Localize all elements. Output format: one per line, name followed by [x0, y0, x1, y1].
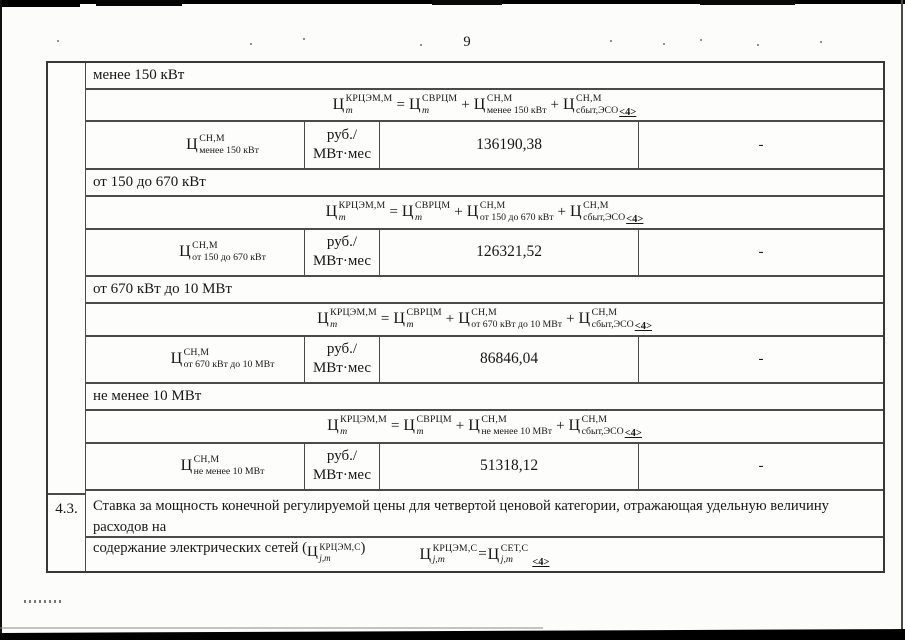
formula-row: ЦКРЦЭМ,Мm = ЦСВРЦМm + ЦСН,Мот 150 до 670… — [86, 197, 883, 230]
price-term: ЦСЕТ,Сj,m<4> — [488, 544, 550, 566]
section-description: Ставка за мощность конечной регулируемой… — [86, 491, 883, 538]
category-row: от 670 кВт до 10 МВт — [86, 277, 883, 304]
category-row: не менее 10 МВт — [86, 384, 883, 411]
equals-sign: = — [381, 311, 389, 328]
value-cell: 86846,04 — [379, 337, 638, 383]
note-cell: - — [638, 230, 883, 276]
tariff-table: 4.3. менее 150 кВт ЦКРЦЭМ,Мm = ЦСВРЦМm +… — [46, 61, 885, 573]
price-term: ЦСВРЦМm — [393, 308, 441, 330]
category-label: от 670 кВт до 10 МВт — [93, 281, 232, 298]
price-term-lhs: ЦКРЦЭМ,Мm — [317, 308, 377, 330]
unit-line: руб./ — [327, 340, 357, 359]
scan-speckle-strip — [24, 600, 62, 603]
formula-row: ЦКРЦЭМ,Мm = ЦСВРЦМm + ЦСН,Мот 670 кВт до… — [86, 304, 883, 337]
equals-sign: = — [389, 204, 397, 221]
scan-edge-bottom — [0, 629, 905, 640]
price-term: ЦСН,Мот 670 кВт до 10 МВт — [458, 308, 562, 330]
scan-speckle — [420, 44, 422, 46]
category-label: не менее 10 МВт — [93, 388, 201, 405]
footnote-ref: <4> — [625, 428, 642, 439]
document-page: 9 4.3. менее 150 кВт ЦКРЦЭМ,Мm = ЦСВРЦМm… — [0, 0, 905, 640]
plus-sign: + — [456, 418, 464, 435]
scan-edge-left — [0, 0, 2, 640]
category-label: менее 150 кВт — [93, 67, 184, 84]
note-cell: - — [638, 122, 883, 168]
note-cell: - — [638, 444, 883, 490]
scan-speckle — [250, 43, 252, 45]
scan-edge-top-segment — [96, 0, 182, 6]
category-row: менее 150 кВт — [86, 63, 883, 90]
unit-cell: руб./ МВт·мес — [304, 230, 379, 276]
price-term: ЦСН,Мсбыт,ЭСО<4> — [563, 94, 636, 116]
plus-sign: + — [551, 97, 559, 114]
unit-line: руб./ — [327, 447, 357, 466]
indicator-cell: ЦСН,Мот 670 кВт до 10 МВт — [86, 337, 304, 383]
footnote-ref: <4> — [626, 214, 643, 225]
value-cell: 126321,52 — [379, 230, 638, 276]
scan-edge-right — [901, 0, 903, 640]
price-term: ЦСН,Мот 670 кВт до 10 МВт — [171, 348, 275, 370]
unit-line: руб./ — [327, 233, 357, 252]
scan-edge-top-segment — [0, 0, 80, 7]
indicator-cell: ЦСН,Мот 150 до 670 кВт — [86, 230, 304, 276]
scan-speckle — [820, 41, 822, 43]
price-term: ЦСН,Мсбыт,ЭСО<4> — [569, 415, 642, 437]
unit-line: МВт·мес — [313, 145, 371, 164]
price-term: ЦСВРЦМm — [403, 415, 451, 437]
unit-line: МВт·мес — [313, 252, 371, 271]
equals-sign: = — [478, 546, 486, 563]
value-row: ЦСН,Мот 150 до 670 кВт руб./ МВт·мес 126… — [86, 230, 883, 278]
plus-sign: + — [566, 311, 574, 328]
scan-speckle — [700, 39, 702, 41]
price-term: ЦСН,Мменее 150 кВт — [186, 134, 259, 156]
description-line: Ставка за мощность конечной регулируемой… — [93, 496, 873, 538]
price-term: ЦСВРЦМm — [409, 94, 457, 116]
price-term-lhs: ЦКРЦЭМ,Мm — [333, 94, 393, 116]
unit-line: МВт·мес — [313, 466, 371, 485]
formula-row: ЦКРЦЭМ,Мm = ЦСВРЦМm + ЦСН,Мменее 150 кВт… — [86, 90, 883, 123]
formula-row: ЦКРЦЭМ,Мm = ЦСВРЦМm + ЦСН,Мне менее 10 М… — [86, 411, 883, 444]
footnote-ref: <4> — [532, 557, 549, 568]
section-number: 4.3. — [48, 495, 85, 571]
scan-speckle — [303, 38, 305, 40]
section-number-column: 4.3. — [48, 63, 86, 571]
unit-line: руб./ — [327, 126, 357, 145]
plus-sign: + — [454, 204, 462, 221]
formula-row: ЦКРЦЭМ,Сj,m = ЦСЕТ,Сj,m<4> — [86, 538, 883, 571]
price-term: ЦСН,Мсбыт,ЭСО<4> — [579, 308, 652, 330]
price-term: ЦСН,Мне менее 10 МВт — [468, 415, 552, 437]
section-number-empty-cell — [48, 63, 85, 495]
value-row: ЦСН,Мне менее 10 МВт руб./ МВт·мес 51318… — [86, 444, 883, 492]
plus-sign: + — [446, 311, 454, 328]
unit-cell: руб./ МВт·мес — [304, 122, 379, 168]
category-label: от 150 до 670 кВт — [93, 174, 206, 191]
scan-speckle — [757, 44, 759, 46]
plus-sign: + — [556, 418, 564, 435]
price-term-lhs: ЦКРЦЭМ,Мm — [326, 201, 386, 223]
indicator-cell: ЦСН,Мне менее 10 МВт — [86, 444, 304, 490]
scan-speckle — [663, 43, 665, 45]
plus-sign: + — [461, 97, 469, 114]
plus-sign: + — [558, 204, 566, 221]
footnote-ref: <4> — [619, 107, 636, 118]
value-row: ЦСН,Мменее 150 кВт руб./ МВт·мес 136190,… — [86, 122, 883, 170]
value-cell: 51318,12 — [379, 444, 638, 490]
value-row: ЦСН,Мот 670 кВт до 10 МВт руб./ МВт·мес … — [86, 337, 883, 385]
scan-speckle — [610, 40, 612, 42]
indicator-cell: ЦСН,Мменее 150 кВт — [86, 122, 304, 168]
category-row: от 150 до 670 кВт — [86, 170, 883, 197]
note-cell: - — [638, 337, 883, 383]
equals-sign: = — [396, 97, 404, 114]
price-term-lhs: ЦКРЦЭМ,Мm — [327, 415, 387, 437]
value-cell: 136190,38 — [379, 122, 638, 168]
table-content-column: менее 150 кВт ЦКРЦЭМ,Мm = ЦСВРЦМm + ЦСН,… — [86, 63, 883, 571]
price-term: ЦСН,Мменее 150 кВт — [474, 94, 547, 116]
scan-edge-top-segment — [432, 0, 502, 5]
scan-smudge — [0, 627, 543, 629]
price-term: ЦСН,Мот 150 до 670 кВт — [179, 241, 266, 263]
price-term: ЦСВРЦМm — [402, 201, 450, 223]
unit-cell: руб./ МВт·мес — [304, 444, 379, 490]
price-term: ЦСН,Мне менее 10 МВт — [181, 455, 265, 477]
price-term-lhs: ЦКРЦЭМ,Сj,m — [420, 544, 478, 566]
page-number: 9 — [440, 34, 494, 51]
scan-speckle — [57, 40, 59, 42]
unit-line: МВт·мес — [313, 359, 371, 378]
price-term: ЦСН,Мсбыт,ЭСО<4> — [570, 201, 643, 223]
unit-cell: руб./ МВт·мес — [304, 337, 379, 383]
footnote-ref: <4> — [635, 321, 652, 332]
price-term: ЦСН,Мот 150 до 670 кВт — [467, 201, 554, 223]
equals-sign: = — [391, 418, 399, 435]
scan-edge-top-segment — [700, 0, 795, 5]
